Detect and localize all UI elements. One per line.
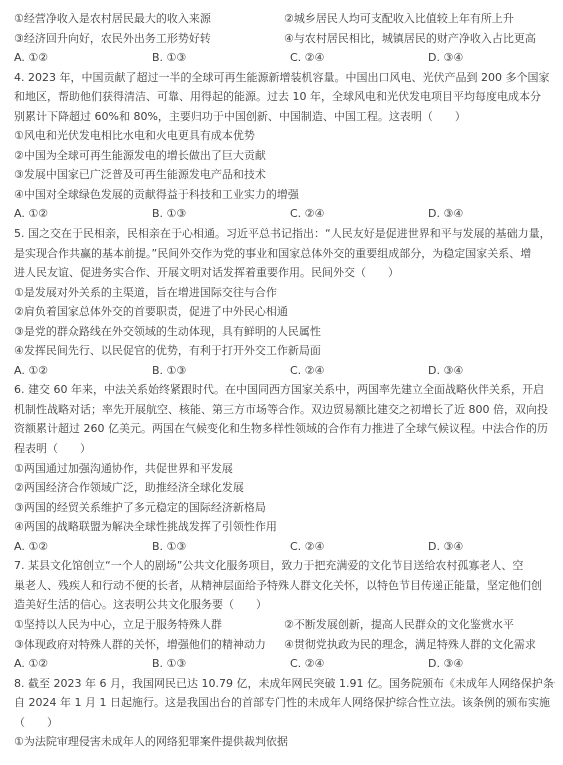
q8-stem-1: 8. 截至 2023 年 6 月，我国网民已达 10.79 亿，未成年网民突破 … <box>14 674 555 694</box>
q4-stem-1: 4. 2023 年，中国贡献了超过一半的全球可再生能源新增装机容量。中国出口风电… <box>14 68 555 88</box>
q7-stem-1: 7. 某县文化馆创立“一个人的剧场”公共文化服务项目，致力于把充满爱的文化节目送… <box>14 556 555 576</box>
q5-option-2: ②肩负着国家总体外交的首要职责，促进了中外民心相通 <box>14 302 555 322</box>
q4-option-2: ②中国为全球可再生能源发电的增长做出了巨大贡献 <box>14 146 555 166</box>
q5-option-4: ④发挥民间先行、以民促官的优势，有利于打开外交工作新局面 <box>14 341 555 361</box>
q6-answer-choices-C: C. ②④ <box>290 537 428 557</box>
q7-stem-2: 巢老人、残疾人和行动不便的长者，从精神层面给予特殊人群文化关怀，以特色节目传递正… <box>14 576 555 596</box>
q7-answer-choices-D: D. ③④ <box>428 654 463 674</box>
q6-answer-choices-D: D. ③④ <box>428 537 463 557</box>
q7-options-34-right: ④贯彻党执政为民的理念，满足特殊人群的文化需求 <box>284 635 536 655</box>
q5-answer-choices-C: C. ②④ <box>290 361 428 381</box>
q4-answer-choices-C: C. ②④ <box>290 204 428 224</box>
q5-answer-choices: A. ①②B. ①③C. ②④D. ③④ <box>14 361 555 381</box>
q8-option-1: ①为法院审理侵害未成年人的网络犯罪案件提供裁判依据 <box>14 732 555 752</box>
q6-option-2: ②两国经济合作领域广泛，助推经济全球化发展 <box>14 478 555 498</box>
q4-answer-choices-D: D. ③④ <box>428 204 463 224</box>
q5-stem-2: 是实现合作共赢的基本前提。”民间外交作为党的事业和国家总体外交的重要组成部分，为… <box>14 244 555 264</box>
q6-answer-choices: A. ①②B. ①③C. ②④D. ③④ <box>14 537 555 557</box>
q3-options-34: ③经济回升向好，农民外出务工形势好转④与农村居民相比，城镇居民的财产净收入占比更… <box>14 29 555 49</box>
q7-stem-3: 造美好生活的信心。这表明公共文化服务要（ ） <box>14 595 555 615</box>
q7-options-12-left: ①坚持以人民为中心，立足于服务特殊人群 <box>14 615 284 635</box>
q3-answer-choices-D: D. ③④ <box>428 48 463 68</box>
q8-stem-3: （ ） <box>14 713 555 733</box>
q6-answer-choices-B: B. ①③ <box>152 537 290 557</box>
q7-options-34: ③体现政府对特殊人群的关怀，增强他们的精神动力④贯彻党执政为民的理念，满足特殊人… <box>14 635 555 655</box>
q6-stem-3: 资额累计超过 260 亿美元。两国在气候变化和生物多样性领域的合作有力推进了全球… <box>14 419 555 439</box>
q3-options-34-left: ③经济回升向好，农民外出务工形势好转 <box>14 29 284 49</box>
q8-stem-2: 自 2024 年 1 月 1 日起施行。这是我国出台的首部专门性的未成年人网络保… <box>14 693 555 713</box>
q5-option-3: ③是党的群众路线在外交领域的生动体现，具有鲜明的人民属性 <box>14 322 555 342</box>
q6-stem-4: 程表明（ ） <box>14 439 555 459</box>
q4-answer-choices-B: B. ①③ <box>152 204 290 224</box>
q6-option-4: ④两国的战略联盟为解决全球性挑战发挥了引领性作用 <box>14 517 555 537</box>
q5-answer-choices-D: D. ③④ <box>428 361 463 381</box>
q5-stem-3: 进人民友谊、促进务实合作、开展文明对话发挥着重要作用。民间外交（ ） <box>14 263 555 283</box>
q4-stem-2: 和地区，帮助他们获得清洁、可靠、用得起的能源。过去 10 年，全球风电和光伏发电… <box>14 87 555 107</box>
exam-document: ①经营净收入是农村居民最大的收入来源②城乡居民人均可支配收入比值较上年有所上升③… <box>0 0 563 752</box>
q3-options-34-right: ④与农村居民相比，城镇居民的财产净收入占比更高 <box>284 29 536 49</box>
q6-option-3: ③两国的经贸关系维护了多元稳定的国际经济新格局 <box>14 498 555 518</box>
q4-option-1: ①风电和光伏发电相比水电和火电更具有成本优势 <box>14 126 555 146</box>
q3-options-12-left: ①经营净收入是农村居民最大的收入来源 <box>14 9 284 29</box>
q6-stem-2: 机制性战略对话；率先开展航空、核能、第三方市场等合作。双边贸易额比建交之初增长了… <box>14 400 555 420</box>
q5-answer-choices-B: B. ①③ <box>152 361 290 381</box>
q6-stem-1: 6. 建交 60 年来，中法关系始终紧跟时代。在中国同西方国家关系中，两国率先建… <box>14 380 555 400</box>
q3-answer-choices-B: B. ①③ <box>152 48 290 68</box>
q7-options-34-left: ③体现政府对特殊人群的关怀，增强他们的精神动力 <box>14 635 284 655</box>
q6-option-1: ①两国通过加强沟通协作，共促世界和平发展 <box>14 459 555 479</box>
q7-answer-choices-B: B. ①③ <box>152 654 290 674</box>
q5-stem-1: 5. 国之交在于民相亲，民相亲在于心相通。习近平总书记指出：“人民友好是促进世界… <box>14 224 555 244</box>
q3-answer-choices: A. ①②B. ①③C. ②④D. ③④ <box>14 48 555 68</box>
q4-stem-3: 别累计下降超过 60%和 80%，主要归功于中国创新、中国制造、中国工程。这表明… <box>14 107 555 127</box>
q3-options-12: ①经营净收入是农村居民最大的收入来源②城乡居民人均可支配收入比值较上年有所上升 <box>14 9 555 29</box>
q4-option-4: ④中国对全球绿色发展的贡献得益于科技和工业实力的增强 <box>14 185 555 205</box>
q4-answer-choices-A: A. ①② <box>14 204 152 224</box>
q7-answer-choices-A: A. ①② <box>14 654 152 674</box>
q3-options-12-right: ②城乡居民人均可支配收入比值较上年有所上升 <box>284 9 514 29</box>
q7-answer-choices: A. ①②B. ①③C. ②④D. ③④ <box>14 654 555 674</box>
q7-options-12-right: ②不断发展创新，提高人民群众的文化鉴赏水平 <box>284 615 514 635</box>
q3-answer-choices-C: C. ②④ <box>290 48 428 68</box>
q4-answer-choices: A. ①②B. ①③C. ②④D. ③④ <box>14 204 555 224</box>
q5-answer-choices-A: A. ①② <box>14 361 152 381</box>
q3-answer-choices-A: A. ①② <box>14 48 152 68</box>
q6-answer-choices-A: A. ①② <box>14 537 152 557</box>
exam-page: { "page": { "background_color": "#ffffff… <box>0 0 563 765</box>
q7-options-12: ①坚持以人民为中心，立足于服务特殊人群②不断发展创新，提高人民群众的文化鉴赏水平 <box>14 615 555 635</box>
q5-option-1: ①是发展对外关系的主渠道，旨在增进国际交往与合作 <box>14 283 555 303</box>
q7-answer-choices-C: C. ②④ <box>290 654 428 674</box>
q4-option-3: ③发展中国家已广泛普及可再生能源发电产品和技术 <box>14 165 555 185</box>
